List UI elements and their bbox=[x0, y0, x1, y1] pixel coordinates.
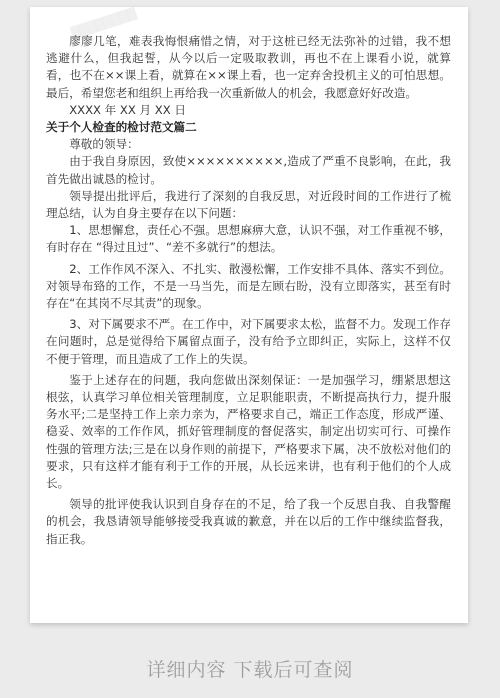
paragraph-issue-3: 3、对下属要求不严。在工作中，对下属要求太松，监督不力。发现工作存在问题时，总是… bbox=[46, 316, 451, 368]
paragraph-closing-statement: 廖廖几笔，难表我悔恨痛惜之情，对于这桩已经无法弥补的过错，我不想逃避什么，但我起… bbox=[46, 33, 451, 102]
paragraph-intro: 由于我自身原因，致使××××××××××,造成了严重不良影响，在此，我首先做出诚… bbox=[46, 153, 451, 187]
download-hint: 详细内容 下载后可查阅 bbox=[0, 655, 500, 682]
salutation: 尊敬的领导： bbox=[46, 136, 451, 153]
paragraph-reflection: 领导提出批评后，我进行了深刻的自我反思，对近段时间的工作进行了梳理总结，认为自身… bbox=[46, 188, 451, 222]
paragraph-issue-2: 2、工作作风不深入、不扎实、散漫松懈，工作安排不具体、落实不到位。对领导布臵的工… bbox=[46, 261, 451, 313]
section-heading: 关于个人检查的检讨范文篇二 bbox=[46, 119, 451, 136]
document-body: 廖廖几笔，难表我悔恨痛惜之情，对于这桩已经无法弥补的过错，我不想逃避什么，但我起… bbox=[46, 33, 451, 548]
paragraph-issue-1: 1、思想懈怠，责任心不强。思想麻痹大意，认识不强，对工作重视不够，有时存在 “得… bbox=[46, 222, 451, 256]
document-page: ████████ 廖廖几笔，难表我悔恨痛惜之情，对于这桩已经无法弥补的过错，我不… bbox=[30, 7, 468, 623]
date-line: XXXX 年 XX 月 XX 日 bbox=[46, 102, 451, 119]
paragraph-conclusion: 领导的批评使我认识到自身存在的不足，给了我一个反思自我、自我警醒的机会，我恳请领… bbox=[46, 496, 451, 548]
paragraph-guarantee: 鉴于上述存在的问题，我向您做出深刻保证：一是加强学习，绷紧思想这根弦，认真学习单… bbox=[46, 372, 451, 492]
